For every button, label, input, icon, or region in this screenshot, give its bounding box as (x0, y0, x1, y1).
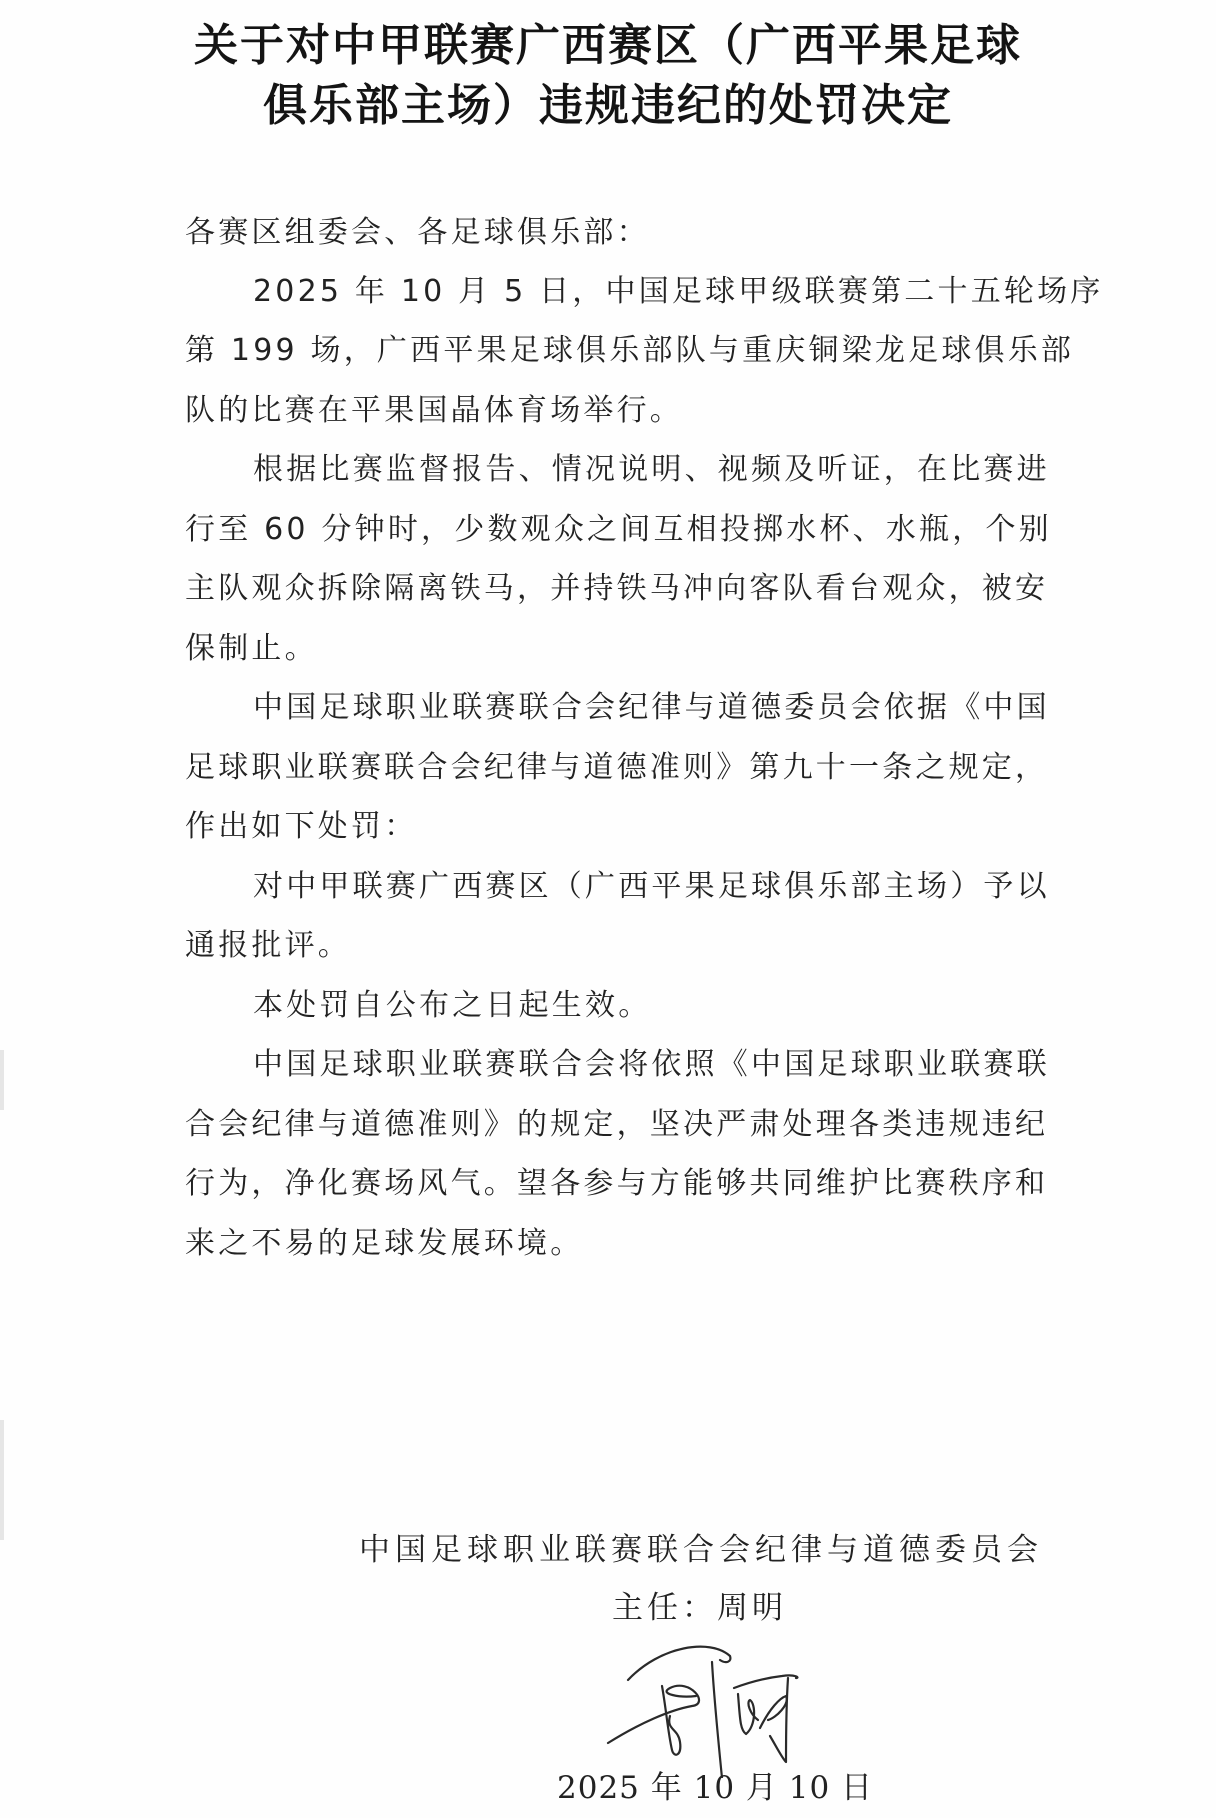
document-page: 关于对中甲联赛广西赛区（广西平果足球 俱乐部主场）违规违纪的处罚决定 各赛区组委… (0, 0, 1216, 1818)
document-title-line-1: 关于对中甲联赛广西赛区（广西平果足球 (0, 18, 1216, 74)
body-line: 中国足球职业联赛联合会纪律与道德委员会依据《中国 (253, 688, 1031, 728)
body-line: 保制止。 (185, 629, 1035, 669)
scan-edge-mark (0, 1050, 4, 1110)
director-name: 主任：周明 (612, 1588, 787, 1628)
body-line: 对中甲联赛广西赛区（广西平果足球俱乐部主场）予以 (253, 867, 1031, 907)
body-line: 根据比赛监督报告、情况说明、视频及听证，在比赛进 (253, 450, 1031, 490)
issue-date: 2025 年 10 月 10 日 (557, 1768, 873, 1808)
document-title-line-2: 俱乐部主场）违规违纪的处罚决定 (0, 78, 1216, 134)
body-line: 行为，净化赛场风气。望各参与方能够共同维护比赛秩序和 (185, 1164, 1031, 1204)
body-line: 本处罚自公布之日起生效。 (253, 986, 1103, 1026)
body-line: 来之不易的足球发展环境。 (185, 1224, 1035, 1264)
body-line: 足球职业联赛联合会纪律与道德准则》第九十一条之规定， (185, 748, 1031, 788)
body-line: 第 199 场，广西平果足球俱乐部队与重庆铜梁龙足球俱乐部 (185, 331, 1031, 371)
body-line: 中国足球职业联赛联合会将依照《中国足球职业联赛联 (253, 1045, 1031, 1085)
issuer-name: 中国足球职业联赛联合会纪律与道德委员会 (359, 1530, 1043, 1570)
body-line: 合会纪律与道德准则》的规定，坚决严肃处理各类违规违纪 (185, 1105, 1031, 1145)
salutation: 各赛区组委会、各足球俱乐部： (185, 213, 1035, 253)
body-line: 行至 60 分钟时，少数观众之间互相投掷水杯、水瓶，个别 (185, 510, 1031, 550)
body-line: 主队观众拆除隔离铁马，并持铁马冲向客队看台观众，被安 (185, 569, 1031, 609)
body-line: 队的比赛在平果国晶体育场举行。 (185, 391, 1035, 431)
handwritten-signature-icon (600, 1638, 840, 1778)
scan-edge-mark (0, 1420, 4, 1540)
body-line: 2025 年 10 月 5 日，中国足球甲级联赛第二十五轮场序 (253, 272, 1031, 312)
body-line: 作出如下处罚： (185, 807, 1035, 847)
body-line: 通报批评。 (185, 926, 1035, 966)
